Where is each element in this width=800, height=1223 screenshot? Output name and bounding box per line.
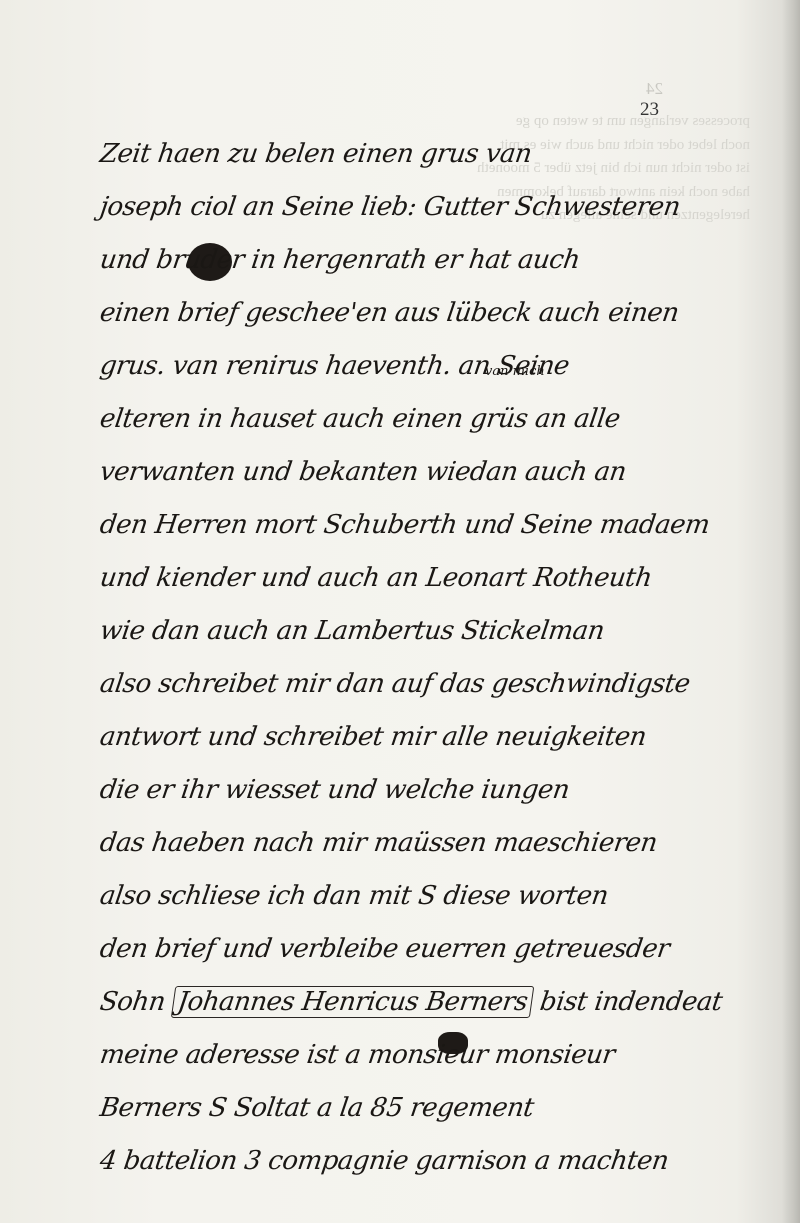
letter-line: joseph ciol an Seine lieb: Gutter Schwes… [96, 181, 763, 234]
letter-line: das haeben nach mir maüssen maeschieren [96, 817, 763, 870]
letter-line: antwort und schreibet mir alle neuigkeit… [96, 711, 763, 764]
letter-line: und kiender und auch an Leonart Rotheuth [96, 552, 763, 605]
letter-line: Zeit haen zu belen einen grus van [96, 128, 763, 181]
letter-line: wie dan auch an Lambertus Stickelman [96, 605, 763, 658]
signature-name: Johannes Henricus Berners [171, 986, 535, 1018]
letter-line: die er ihr wiesset und welche iungen [96, 764, 763, 817]
letter-line: den brief und verbleibe euerren getreues… [96, 923, 763, 976]
signature-line: Sohn Johannes Henricus Berners bist inde… [96, 976, 763, 1029]
letter-line: einen brief geschee'en aus lübeck auch e… [96, 287, 763, 340]
letter-line: also schliese ich dan mit S diese worten [96, 870, 763, 923]
letter-page: 24 23 processes verlangen um te weten op… [0, 0, 800, 1223]
letter-line: den Herren mort Schuberth und Seine mada… [96, 499, 763, 552]
signature-prefix: Sohn [98, 987, 167, 1017]
letter-line: und bruder in hergenrath er hat auch [96, 234, 763, 287]
letter-line: verwanten und bekanten wiedan auch an [96, 446, 763, 499]
address-line: Berners S Soltat a la 85 regement [96, 1082, 763, 1135]
letter-line: also schreibet mir dan auf das geschwind… [96, 658, 763, 711]
address-line: meine aderesse ist a monsieur monsieur [96, 1029, 763, 1082]
ghost-page-number: 24 [646, 79, 663, 99]
signature-suffix: bist indendeat [538, 987, 724, 1017]
letter-line: elteren in hauset auch einen grüs an all… [96, 393, 763, 446]
handwritten-letter: Zeit haen zu belen einen grus van joseph… [100, 128, 760, 1188]
address-line: 4 battelion 3 compagnie garnison a macht… [96, 1135, 763, 1188]
letter-line: grus. van renirus haeventh. an Seine [96, 340, 763, 393]
page-edge-shadow [782, 0, 800, 1223]
